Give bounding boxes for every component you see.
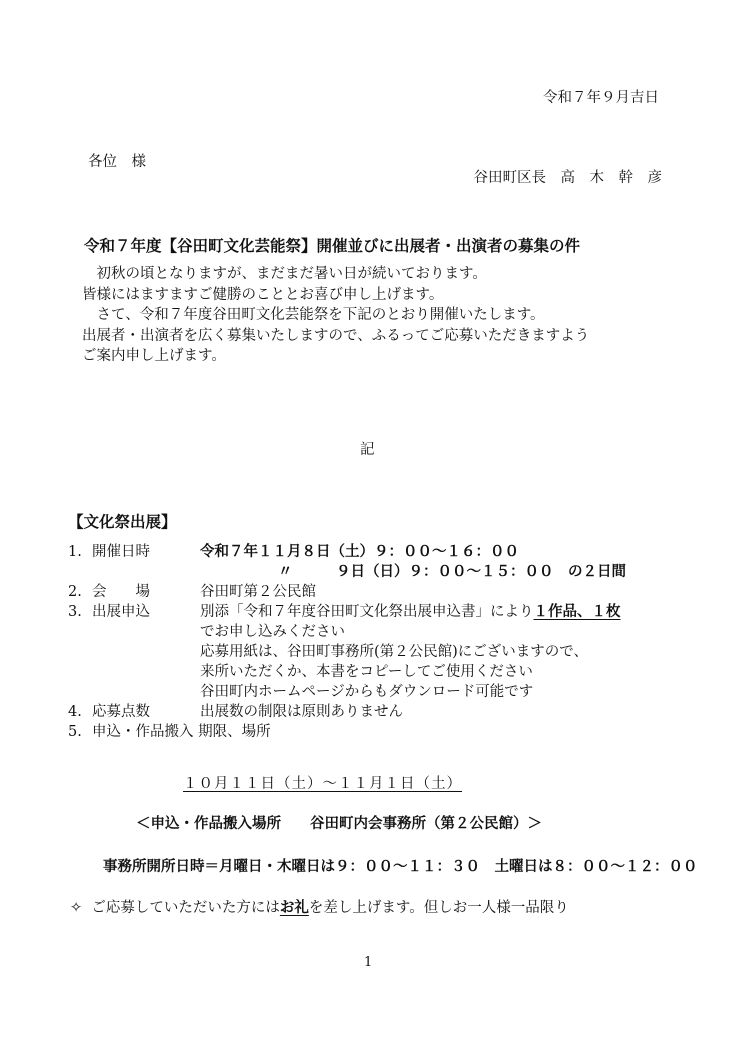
item-label: 出展申込 <box>92 602 200 622</box>
document-title: 令和７年度【谷田町文化芸能祭】開催並びに出展者・出演者の募集の件 <box>84 234 580 256</box>
note-text-suffix: を差し上げます。但しお一人様一品限り <box>309 900 569 916</box>
item-value: 〃 ９日（日）９：００～１５：００ の２日間 <box>278 564 626 580</box>
note-emphasis: お礼 <box>280 900 309 916</box>
note-text: ご応募していただいた方には <box>91 900 280 916</box>
item-number: 5. <box>68 722 92 742</box>
submission-place: ＜申込・作品搬入場所 谷田町内会事務所（第２公民館）＞ <box>136 812 542 833</box>
item-number: 1. <box>68 542 92 562</box>
body-line: 出展者・出演者を広く募集いたしますので、ふるってご応募いただきますよう <box>82 326 589 347</box>
emphasis-text: １作品、１枚 <box>534 604 621 620</box>
item-value: 別添「令和７年度谷田町文化祭出展申込書」により <box>200 604 534 620</box>
item-label: 申込・作品搬入 <box>92 724 194 740</box>
body-line: ご案内申し上げます。 <box>82 346 589 367</box>
section-heading: 【文化祭出展】 <box>68 510 177 532</box>
item-value: 令和７年１１月８日（土）９：００～１６：００ <box>200 544 519 560</box>
item-label: 開催日時 <box>92 542 200 562</box>
item-value: 谷田町内ホームページからもダウンロード可能です <box>200 682 626 702</box>
list-item-4: 4.応募点数出展数の制限は原則ありません <box>68 702 626 722</box>
sparkle-icon: ✧ <box>70 900 82 916</box>
body-line: 皆様にはますますご健勝のこととお喜び申し上げます。 <box>82 285 589 306</box>
item-value: 応募用紙は、谷田町事務所(第２公民館)にございますので、 <box>200 642 626 662</box>
item-value: 期限、場所 <box>198 724 271 740</box>
item-number: 2. <box>68 582 92 602</box>
item-label: 応募点数 <box>92 702 200 722</box>
item-list: 1.開催日時令和７年１１月８日（土）９：００～１６：００ 〃 ９日（日）９：００… <box>68 542 626 742</box>
page-number: 1 <box>364 955 372 970</box>
recipient: 各位 様 <box>88 150 146 171</box>
office-hours: 事務所開所日時＝月曜日・木曜日は９：００～１１：３０ 土曜日は８：００～１２：０… <box>103 855 698 876</box>
item-value: 来所いただくか、本書をコピーしてご使用ください <box>200 662 626 682</box>
body-paragraph: 初秋の頃となりますが、まだまだ暑い日が続いております。 皆様にはますますご健勝の… <box>82 264 589 367</box>
list-item-5: 5.申込・作品搬入 期限、場所 <box>68 722 626 742</box>
list-item-3: 3.出展申込別添「令和７年度谷田町文化祭出展申込書」により１作品、１枚 <box>68 602 626 622</box>
body-line: 初秋の頃となりますが、まだまだ暑い日が続いております。 <box>82 264 589 285</box>
list-item-1-cont: 〃 ９日（日）９：００～１５：００ の２日間 <box>68 562 626 582</box>
note: ✧ ご応募していただいた方にはお礼を差し上げます。但しお一人様一品限り <box>70 896 569 917</box>
item-number: 3. <box>68 602 92 622</box>
item-value: 出展数の制限は原則ありません <box>200 704 403 720</box>
list-item-2: 2.会 場谷田町第２公民館 <box>68 582 626 602</box>
list-item-3-cont: でお申し込みください 応募用紙は、谷田町事務所(第２公民館)にございますので、 … <box>68 622 626 702</box>
body-line: さて、令和７年度谷田町文化芸能祭を下記のとおり開催いたします。 <box>82 305 589 326</box>
item-label: 会 場 <box>92 582 200 602</box>
item-number: 4. <box>68 702 92 722</box>
sender: 谷田町区長 高 木 幹 彦 <box>474 166 663 187</box>
deadline: １０月１１日（土）～１１月１日（土） <box>183 772 462 793</box>
item-value: でお申し込みください <box>200 622 626 642</box>
date: 令和７年９月吉日 <box>543 86 659 107</box>
item-value: 谷田町第２公民館 <box>200 584 316 600</box>
ki-heading: 記 <box>360 438 375 459</box>
list-item-1: 1.開催日時令和７年１１月８日（土）９：００～１６：００ <box>68 542 626 562</box>
